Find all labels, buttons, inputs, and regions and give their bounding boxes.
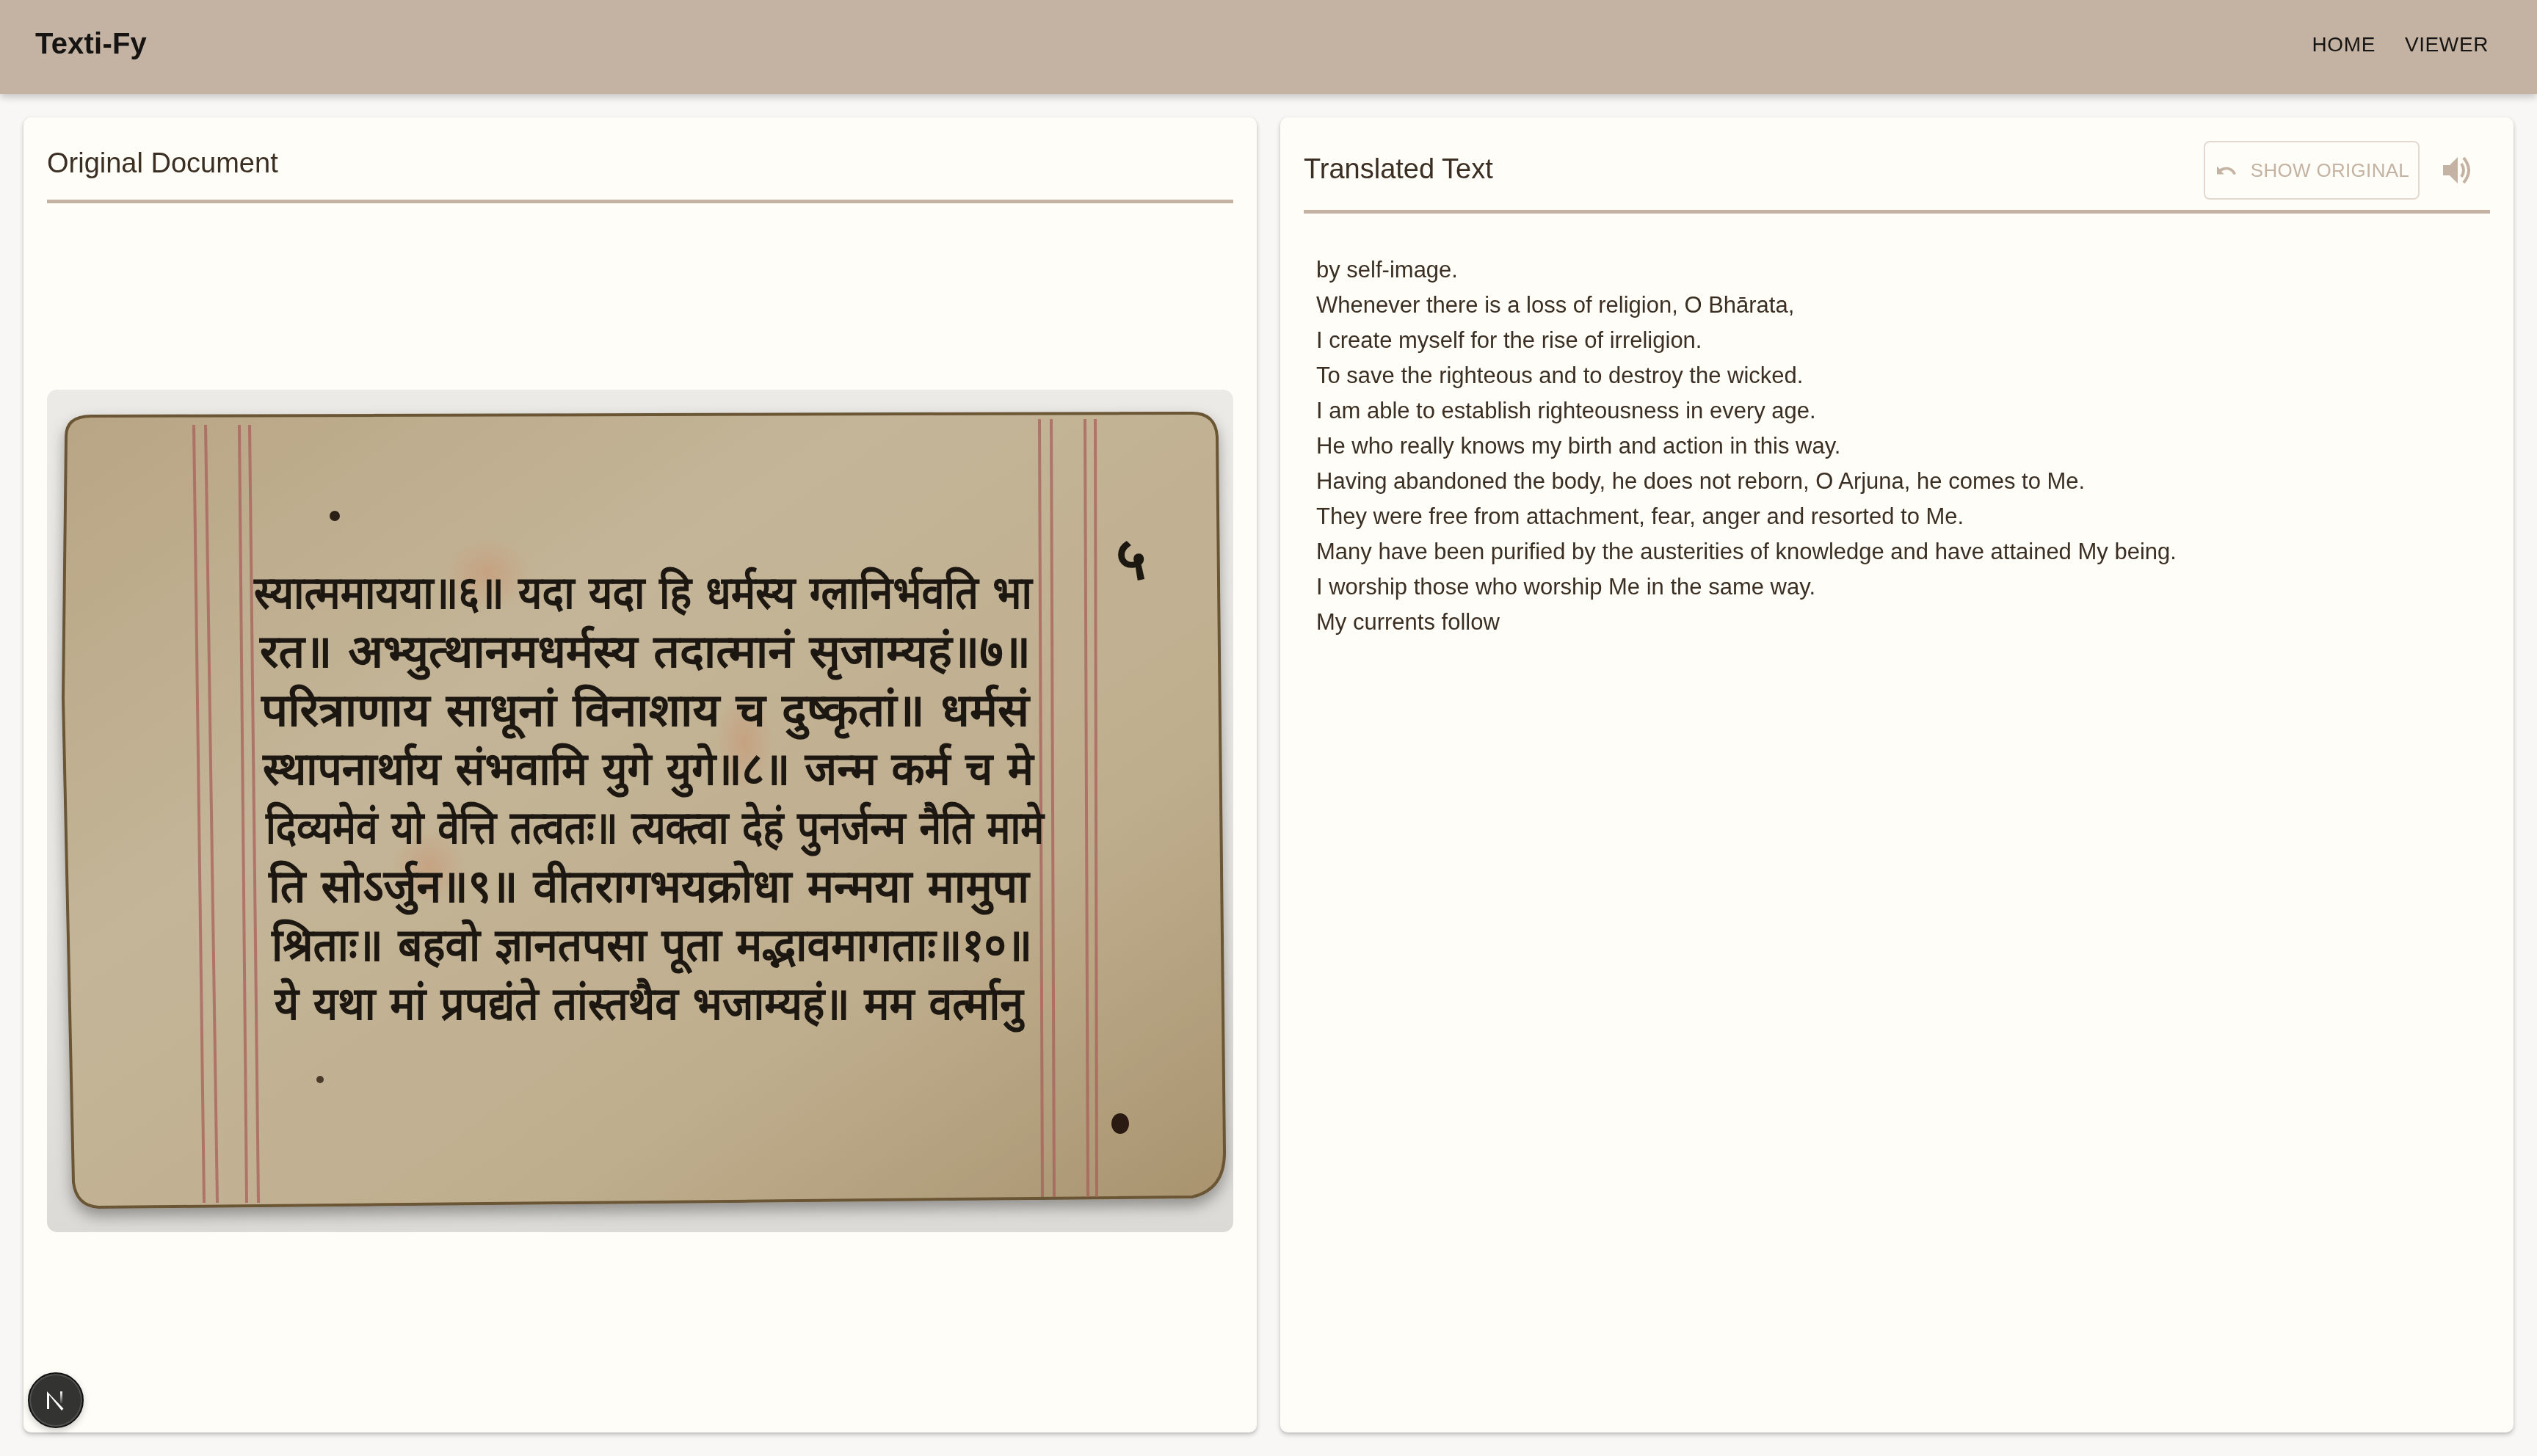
svg-text:स्यात्ममायया॥६॥ यदा यदा हि धर्: स्यात्ममायया॥६॥ यदा यदा हि धर्मस्य ग्लान… xyxy=(253,566,1034,619)
translated-text-panel: Translated Text SHOW ORIGINAL by self-im… xyxy=(1280,117,2514,1433)
translated-line: They were free from attachment, fear, an… xyxy=(1316,499,2484,534)
translated-text-body: by self-image. Whenever there is a loss … xyxy=(1316,252,2484,640)
manuscript-text: स्यात्ममायया॥६॥ यदा यदा हि धर्मस्य ग्लान… xyxy=(253,525,1147,1033)
nav-home-link[interactable]: HOME xyxy=(2312,33,2376,57)
translated-line: Having abandoned the body, he does not r… xyxy=(1316,464,2484,499)
translated-line: by self-image. xyxy=(1316,252,2484,288)
svg-text:ये यथा मां प्रपद्यंते तांस्तथै: ये यथा मां प्रपद्यंते तांस्तथैव भजाम्यहं… xyxy=(274,977,1025,1033)
main-nav: HOME VIEWER xyxy=(2312,33,2489,57)
translated-line: I am able to establish righteousness in … xyxy=(1316,393,2484,429)
svg-text:रत॥ अभ्युत्थानमधर्मस्य तदात्मा: रत॥ अभ्युत्थानमधर्मस्य तदात्मानं सृजाम्य… xyxy=(259,625,1031,680)
svg-text:स्थापनार्थाय संभवामि युगे युगे: स्थापनार्थाय संभवामि युगे युगे॥८॥ जन्म क… xyxy=(262,742,1035,798)
text-to-speech-button[interactable] xyxy=(2440,154,2475,186)
app-header: Texti-Fy HOME VIEWER xyxy=(0,0,2537,94)
brand-logo[interactable]: Texti-Fy xyxy=(35,28,147,61)
svg-text:दिव्यमेवं यो वेत्ति तत्वतः॥ त्: दिव्यमेवं यो वेत्ति तत्वतः॥ त्यक्त्वा दे… xyxy=(265,801,1045,856)
svg-text:श्रिताः॥ बहवो ज्ञानतपसा पूता म: श्रिताः॥ बहवो ज्ञानतपसा पूता मद्भावमागता… xyxy=(271,918,1032,975)
title-divider xyxy=(1304,210,2490,214)
svg-text:ति सोऽर्जुन॥९॥ वीतरागभयक्रोधा: ति सोऽर्जुन॥९॥ वीतरागभयक्रोधा मन्मया माम… xyxy=(268,859,1031,915)
translated-line: He who really knows my birth and action … xyxy=(1316,429,2484,464)
svg-text:५: ५ xyxy=(1116,525,1147,593)
nav-viewer-link[interactable]: VIEWER xyxy=(2405,33,2489,57)
show-original-label: SHOW ORIGINAL xyxy=(2251,159,2409,182)
panel-title-translated: Translated Text xyxy=(1304,154,1493,186)
original-document-panel: Original Document xyxy=(23,117,1257,1433)
undo-icon xyxy=(2214,161,2239,180)
translated-line: To save the righteous and to destroy the… xyxy=(1316,358,2484,393)
panel-title-original: Original Document xyxy=(47,148,278,180)
dev-tools-badge[interactable] xyxy=(28,1372,84,1428)
title-divider xyxy=(47,200,1233,203)
translated-line: My currents follow xyxy=(1316,605,2484,640)
translated-line: Whenever there is a loss of religion, O … xyxy=(1316,288,2484,323)
speaker-icon xyxy=(2440,154,2475,186)
show-original-button[interactable]: SHOW ORIGINAL xyxy=(2204,141,2420,200)
svg-text:परित्राणाय साधूनां विनाशाय च द: परित्राणाय साधूनां विनाशाय च दुष्कृतां॥ … xyxy=(261,683,1031,740)
original-document-image: स्यात्ममायया॥६॥ यदा यदा हि धर्मस्य ग्लान… xyxy=(47,390,1233,1232)
translated-line: Many have been purified by the austeriti… xyxy=(1316,534,2484,569)
translated-line: I create myself for the rise of irreligi… xyxy=(1316,323,2484,358)
nextjs-logo-icon xyxy=(41,1386,70,1415)
translated-line: I worship those who worship Me in the sa… xyxy=(1316,569,2484,605)
manuscript-image: स्यात्ममायया॥६॥ यदा यदा हि धर्मस्य ग्लान… xyxy=(47,390,1233,1232)
